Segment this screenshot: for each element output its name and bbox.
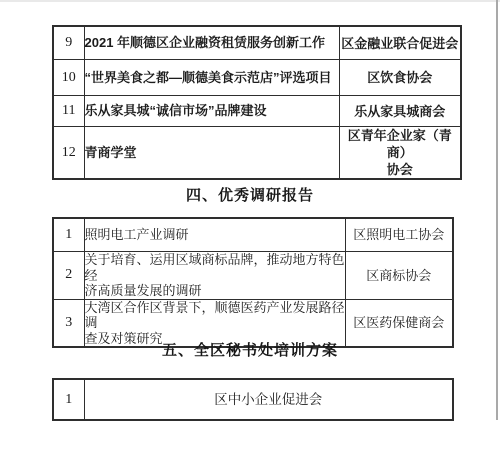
organization: 区中小企业促进会	[84, 379, 453, 420]
project-name: 乐从家具城“诚信市场”品牌建设	[84, 96, 339, 127]
table-row: 1 照明电工产业调研 区照明电工协会	[53, 218, 453, 252]
report-title: 照明电工产业调研	[84, 218, 345, 252]
research-reports-table: 1 照明电工产业调研 区照明电工协会 2 关于培育、运用区域商标品牌，推动地方特…	[52, 217, 454, 348]
page-top-edge	[0, 0, 500, 2]
table-row: 9 2021 年顺德区企业融资租赁服务创新工作 区金融业联合促进会	[53, 26, 461, 60]
organization: 区金融业联合促进会	[339, 26, 461, 60]
row-number: 11	[53, 96, 84, 127]
row-number: 2	[53, 252, 84, 300]
award-projects-table: 9 2021 年顺德区企业融资租赁服务创新工作 区金融业联合促进会 10 “世界…	[52, 25, 462, 180]
row-number: 1	[53, 218, 84, 252]
table-row: 2 关于培育、运用区域商标品牌，推动地方特色经 济高质量发展的调研 区商标协会	[53, 252, 453, 300]
organization: 区青年企业家（青商） 协会	[339, 127, 461, 180]
table-row: 12 青商学堂 区青年企业家（青商） 协会	[53, 127, 461, 180]
project-name: “世界美食之都—顺德美食示范店”评选项目	[84, 60, 339, 96]
training-plan-table: 1 区中小企业促进会	[52, 378, 454, 421]
section-heading-training-plan: 五、全区秘书处培训方案	[0, 339, 500, 360]
organization: 区商标协会	[345, 252, 453, 300]
row-number: 12	[53, 127, 84, 180]
organization: 乐从家具城商会	[339, 96, 461, 127]
project-name: 2021 年顺德区企业融资租赁服务创新工作	[84, 26, 339, 60]
table-row: 11 乐从家具城“诚信市场”品牌建设 乐从家具城商会	[53, 96, 461, 127]
row-number: 10	[53, 60, 84, 96]
organization: 区饮食协会	[339, 60, 461, 96]
project-name: 青商学堂	[84, 127, 339, 180]
report-title: 关于培育、运用区域商标品牌，推动地方特色经 济高质量发展的调研	[84, 252, 345, 300]
table-row: 10 “世界美食之都—顺德美食示范店”评选项目 区饮食协会	[53, 60, 461, 96]
section-heading-research-reports: 四、优秀调研报告	[0, 184, 500, 205]
organization: 区照明电工协会	[345, 218, 453, 252]
table-row: 1 区中小企业促进会	[53, 379, 453, 420]
row-number: 1	[53, 379, 84, 420]
row-number: 9	[53, 26, 84, 60]
document-page: 9 2021 年顺德区企业融资租赁服务创新工作 区金融业联合促进会 10 “世界…	[0, 0, 500, 455]
